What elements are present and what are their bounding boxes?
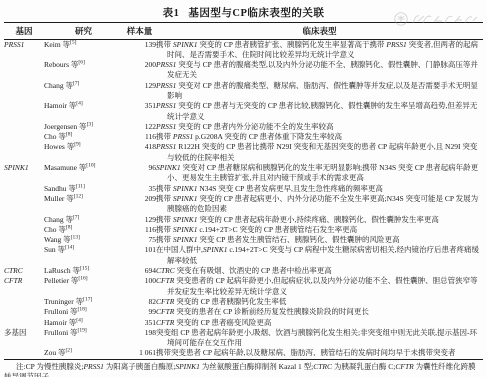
study-author: Hamoir 等 <box>44 318 76 327</box>
col-header-phenotype: 临床表型 <box>156 23 483 40</box>
phenotype-cell: 携带突变患者 CP 起病年龄,以及糖尿病、脂肪泻、胰管结石的发病时间均早于未携带… <box>156 348 483 359</box>
gene-cell <box>4 245 44 266</box>
sample-size-cell: 694 <box>123 266 156 276</box>
phenotype-text: PRSS1 突变与 CP 患者的腹痛类型,以及内外分泌功能不全、胰腺钙化、假性囊… <box>156 60 483 81</box>
table-row: SPINK1 Masamune 等[10] 96 SPINK1 突变对 CP 患… <box>4 163 483 184</box>
sample-size-cell: 198 <box>123 328 156 349</box>
gene-cell <box>4 225 44 235</box>
phenotype-cell: 携带 SPINK1 突变的 CP 患者胰管扩张、胰腺钙化发生率显著高于携带 PR… <box>156 39 483 60</box>
reference-superscript: [10] <box>86 163 95 169</box>
phenotype-cell: 携带 SPINK1 c.194+2T>C 突变的 CP 患者胰管结石发生率更高 <box>156 225 483 235</box>
gene-cell: SPINK1 <box>4 163 44 184</box>
sample-size-cell: 122 <box>123 122 156 132</box>
reference-superscript: [9] <box>74 142 80 148</box>
phenotype-text: 携带突变患者 CP 起病年龄,以及糖尿病、脂肪泻、胰管结石的发病时间均早于未携带… <box>156 348 483 358</box>
header-row: 基因 研究 样本量 临床表型 <box>4 23 483 40</box>
phenotype-text: 携带 SPINK1 突变的 CP 患者起病年龄更小,持续疼痛、胰腺钙化、假性囊肿… <box>156 215 483 225</box>
reference-superscript: [15] <box>80 266 89 272</box>
reference-superscript: [8] <box>66 132 72 138</box>
table-row: Zou 等[2] 1 061 携带突变患者 CP 起病年龄,以及糖尿病、脂肪泻、… <box>4 348 483 359</box>
study-author: Sandhu 等 <box>44 184 76 193</box>
phenotype-cell: 携带 SPINK1 N34S 突变 CP 患者发病更早,且发生急性疼痛的频率更高 <box>156 184 483 194</box>
study-author: Truninger 等 <box>44 297 83 306</box>
phenotype-cell: 携带 PRSS1 p.G208A 突变的 CP 患者体重下降发生率较高 <box>156 132 483 142</box>
reference-superscript: [17] <box>83 296 92 302</box>
gene-cell <box>4 318 44 328</box>
table-row: Muller 等[12] 209 携带 SPINK1 突变的 CP 患者起病更小… <box>4 194 483 215</box>
table-row: Wang 等[13] 75 携带 SPINK1 突变 CP 患者发生胰管结石、胰… <box>4 235 483 245</box>
reference-superscript: [7] <box>73 214 79 220</box>
table-number: 表1 <box>163 8 180 19</box>
sample-size-cell: 418 <box>123 142 156 163</box>
study-cell: Frulloni 等[18] <box>44 307 123 317</box>
study-author: Hamoir 等 <box>44 101 76 110</box>
phenotype-text: 携带 PRSS1 p.G208A 突变的 CP 患者体重下降发生率较高 <box>156 132 483 142</box>
sample-size-cell: 99 <box>123 307 156 317</box>
table-row: CTRC LaRusch 等[15] 694 CTRC 突变在有吸烟、饮酒史的 … <box>4 266 483 276</box>
gene-cell: PRSS1 <box>4 39 44 60</box>
table-row: CFTR Pelletier 等[16] 100 CFTR 突变患者的 CP 起… <box>4 276 483 297</box>
gene-cell <box>4 297 44 307</box>
paper-table-page: 表1基因型与CP临床表型的关联 基因 研究 样本量 临床表型 PRSS1 Kei… <box>0 0 487 373</box>
phenotype-cell: 突变组 CP 患者起病年龄更小,吸烟、饮酒与胰腺钙化发生相关;非突变组中则无此关… <box>156 328 483 349</box>
phenotype-cell: SPINK1 突变对 CP 患者糖尿病和胰腺钙化的发生率无明显影响;携带 N34… <box>156 163 483 184</box>
study-author: Masamune 等 <box>44 163 86 172</box>
sample-size-cell: 209 <box>123 194 156 215</box>
study-author: Pelletier 等 <box>44 276 78 285</box>
phenotype-text: PRSS1 突变对 CP 患者的腹痛类型、糖尿病、脂肪泻、假性囊肿等并发症,以及… <box>156 81 483 102</box>
sample-size-cell: 139 <box>123 39 156 60</box>
gene-cell <box>4 348 44 359</box>
phenotype-cell: PRSS1 突变的 CP 患者与无突变的 CP 患者比较,胰腺钙化、假性囊肿的发… <box>156 101 483 122</box>
sample-size-cell: 200 <box>123 60 156 81</box>
study-cell: Joergensen 等[3] <box>44 122 123 132</box>
study-cell: Chang 等[7] <box>44 81 123 102</box>
study-author: Rebours 等 <box>44 60 78 69</box>
gene-cell <box>4 194 44 215</box>
phenotype-cell: 携带 SPINK1 突变 CP 患者发生胰管结石、胰腺钙化、假性囊肿的风险更高 <box>156 235 483 245</box>
phenotype-cell: 携带 SPINK1 突变的 CP 患者起病年龄更小,持续疼痛、胰腺钙化、假性囊肿… <box>156 215 483 225</box>
phenotype-cell: CTRC 突变在有吸烟、饮酒史的 CP 患者中检出率更高 <box>156 266 483 276</box>
phenotype-text: PRSS1 突变的 CP 患者与无突变的 CP 患者比较,胰腺钙化、假性囊肿的发… <box>156 101 483 122</box>
gene-cell <box>4 142 44 163</box>
phenotype-cell: CFTR 突变患者的 CP 起病年龄更小,但起病症状,以及内外分泌功能不全、假性… <box>156 276 483 297</box>
sample-size-cell: 35 <box>123 184 156 194</box>
study-cell: Truninger 等[17] <box>44 297 123 307</box>
phenotype-cell: PRSS1 突变对 CP 患者的腹痛类型、糖尿病、脂肪泻、假性囊肿等并发症,以及… <box>156 81 483 102</box>
study-author: Sun 等 <box>44 245 65 254</box>
study-author: LaRusch 等 <box>44 266 80 275</box>
study-author: Frulloni 等 <box>44 328 78 337</box>
phenotype-text: 携带 SPINK1 N34S 突变 CP 患者发病更早,且发生急性疼痛的频率更高 <box>156 184 483 194</box>
phenotype-text: CFTR 突变的 CP 患者癌变风险更高 <box>156 318 483 328</box>
reference-superscript: [8] <box>66 224 72 230</box>
study-cell: Zou 等[2] <box>44 348 123 359</box>
phenotype-text: CFTR 突变的患者在 CP 诊断前经历复发性胰腺炎阶段的时间更长 <box>156 307 483 317</box>
table-body: PRSS1 Keim 等[5] 139 携带 SPINK1 突变的 CP 患者胰… <box>4 39 483 359</box>
sample-size-cell: 129 <box>123 215 156 225</box>
phenotype-text: 携带 SPINK1 突变 CP 患者发生胰管结石、胰腺钙化、假性囊肿的风险更高 <box>156 235 483 245</box>
phenotype-cell: PRSS1 突变与 CP 患者的腹痛类型,以及内外分泌功能不全、胰腺钙化、假性囊… <box>156 60 483 81</box>
reference-superscript: [7] <box>73 80 79 86</box>
table-row: Cho 等[8] 116 携带 SPINK1 c.194+2T>C 突变的 CP… <box>4 225 483 235</box>
table-row: Chang 等[7] 129 携带 SPINK1 突变的 CP 患者起病年龄更小… <box>4 215 483 225</box>
reference-superscript: [14] <box>65 245 74 251</box>
sample-size-cell: 100 <box>123 276 156 297</box>
study-author: Muller 等 <box>44 194 74 203</box>
reference-superscript: [18] <box>78 307 87 313</box>
col-header-sample-size: 样本量 <box>123 23 156 40</box>
table-row: Frulloni 等[18] 99 CFTR 突变的患者在 CP 诊断前经历复发… <box>4 307 483 317</box>
reference-superscript: [13] <box>71 235 80 241</box>
study-cell: Rebours 等[6] <box>44 60 123 81</box>
reference-superscript: [16] <box>78 276 87 282</box>
study-author: Keim 等 <box>44 40 70 49</box>
table-row: Truninger 等[17] 82 CFTR 突变的 CP 患者胰腺钙化发生率… <box>4 297 483 307</box>
table-row: Rebours 等[6] 200 PRSS1 突变与 CP 患者的腹痛类型,以及… <box>4 60 483 81</box>
phenotype-text: 在中国人群中,SPINK1 c.194+2T>C 突变与 CP 病程中发生糖尿病… <box>156 245 483 266</box>
study-cell: Pelletier 等[16] <box>44 276 123 297</box>
phenotype-cell: 携带 SPINK1 突变的 CP 患者起病更小、内外分泌功能不全发生率更高;N3… <box>156 194 483 215</box>
phenotype-text: 携带 SPINK1 突变的 CP 患者起病更小、内外分泌功能不全发生率更高;N3… <box>156 194 483 215</box>
gene-cell <box>4 132 44 142</box>
table-row: Joergensen 等[3] 122 PRSS1 突变的 CP 患者内外分泌功… <box>4 122 483 132</box>
phenotype-text: 突变组 CP 患者起病年龄更小,吸烟、饮酒与胰腺钙化发生相关;非突变组中则无此关… <box>156 328 483 349</box>
phenotype-text: 携带 SPINK1 c.194+2T>C 突变的 CP 患者胰管结石发生率更高 <box>156 225 483 235</box>
study-author: Cho 等 <box>44 132 66 141</box>
sample-size-cell: 1 061 <box>123 348 156 359</box>
sample-size-cell: 75 <box>123 235 156 245</box>
phenotype-cell: PRSS1 R122H 突变的 CP 患者比携带 N29I 突变和无基因突变的患… <box>156 142 483 163</box>
study-cell: Keim 等[5] <box>44 39 123 60</box>
phenotype-text: PRSS1 突变的 CP 患者内外分泌功能不全的发生率较高 <box>156 122 483 132</box>
phenotype-text: PRSS1 R122H 突变的 CP 患者比携带 N29I 突变和无基因突变的患… <box>156 142 483 163</box>
study-cell: Muller 等[12] <box>44 194 123 215</box>
study-author: Joergensen 等 <box>44 122 87 131</box>
study-cell: Frulloni 等[19] <box>44 328 123 349</box>
table-row: 多基因 Frulloni 等[19] 198 突变组 CP 患者起病年龄更小,吸… <box>4 328 483 349</box>
reference-superscript: [6] <box>78 60 84 66</box>
study-author: Chang 等 <box>44 81 73 90</box>
table-title-text: 基因型与CP临床表型的关联 <box>188 8 324 19</box>
table-row: Sun 等[14] 101 在中国人群中,SPINK1 c.194+2T>C 突… <box>4 245 483 266</box>
table-row: Hamoir 等[4] 351 PRSS1 突变的 CP 患者与无突变的 CP … <box>4 101 483 122</box>
sample-size-cell: 101 <box>123 245 156 266</box>
study-cell: LaRusch 等[15] <box>44 266 123 276</box>
study-cell: Cho 等[8] <box>44 225 123 235</box>
study-cell: Howes 等[9] <box>44 142 123 163</box>
col-header-study: 研究 <box>44 23 123 40</box>
reference-superscript: [4] <box>76 317 82 323</box>
gene-cell <box>4 215 44 225</box>
table-row: Chang 等[7] 129 PRSS1 突变对 CP 患者的腹痛类型、糖尿病、… <box>4 81 483 102</box>
table-row: Cho 等[8] 116 携带 PRSS1 p.G208A 突变的 CP 患者体… <box>4 132 483 142</box>
sample-size-cell: 96 <box>123 163 156 184</box>
reference-superscript: [11] <box>76 183 85 189</box>
gene-cell <box>4 122 44 132</box>
gene-cell <box>4 60 44 81</box>
col-header-gene: 基因 <box>4 23 44 40</box>
table-row: Hamoir 等[4] 351 CFTR 突变的 CP 患者癌变风险更高 <box>4 318 483 328</box>
phenotype-cell: PRSS1 突变的 CP 患者内外分泌功能不全的发生率较高 <box>156 122 483 132</box>
phenotype-cell: 在中国人群中,SPINK1 c.194+2T>C 突变与 CP 病程中发生糖尿病… <box>156 245 483 266</box>
sample-size-cell: 351 <box>123 318 156 328</box>
sample-size-cell: 116 <box>123 225 156 235</box>
study-cell: Chang 等[7] <box>44 215 123 225</box>
gene-cell <box>4 101 44 122</box>
phenotype-cell: CFTR 突变的 CP 患者癌变风险更高 <box>156 318 483 328</box>
study-author: Howes 等 <box>44 142 74 151</box>
study-author: Wang 等 <box>44 235 71 244</box>
reference-superscript: [19] <box>78 327 87 333</box>
reference-superscript: [12] <box>74 193 83 199</box>
sample-size-cell: 116 <box>123 132 156 142</box>
study-author: Zou 等 <box>44 348 65 357</box>
study-cell: Cho 等[8] <box>44 132 123 142</box>
study-cell: Masamune 等[10] <box>44 163 123 184</box>
sample-size-cell: 82 <box>123 297 156 307</box>
phenotype-text: CFTR 突变的 CP 患者胰腺钙化发生率低 <box>156 297 483 307</box>
gene-cell: CFTR <box>4 276 44 297</box>
study-cell: Wang 等[13] <box>44 235 123 245</box>
reference-superscript: [4] <box>76 101 82 107</box>
gene-cell <box>4 81 44 102</box>
gene-cell <box>4 235 44 245</box>
sample-size-cell: 351 <box>123 101 156 122</box>
reference-superscript: [3] <box>87 121 93 127</box>
gene-cell: 多基因 <box>4 328 44 349</box>
sample-size-cell: 129 <box>123 81 156 102</box>
reference-superscript: [2] <box>65 348 71 354</box>
table-footnote: 注:CP 为慢性胰腺炎;PRSS1 为阳离子胰蛋白酶原;SPINK1 为丝氨酸蛋… <box>4 362 483 377</box>
phenotype-text: CTRC 突变在有吸烟、饮酒史的 CP 患者中检出率更高 <box>156 266 483 276</box>
table-row: Howes 等[9] 418 PRSS1 R122H 突变的 CP 患者比携带 … <box>4 142 483 163</box>
phenotype-text: 携带 SPINK1 突变的 CP 患者胰管扩张、胰腺钙化发生率显著高于携带 PR… <box>156 40 483 61</box>
study-cell: Sandhu 等[11] <box>44 184 123 194</box>
study-author: Cho 等 <box>44 225 66 234</box>
study-cell: Hamoir 等[4] <box>44 101 123 122</box>
phenotype-cell: CFTR 突变的患者在 CP 诊断前经历复发性胰腺炎阶段的时间更长 <box>156 307 483 317</box>
reference-superscript: [5] <box>70 39 76 45</box>
genotype-phenotype-table: 基因 研究 样本量 临床表型 PRSS1 Keim 等[5] 139 携带 SP… <box>4 22 483 360</box>
study-author: Chang 等 <box>44 215 73 224</box>
gene-cell <box>4 307 44 317</box>
gene-cell: CTRC <box>4 266 44 276</box>
gene-cell <box>4 184 44 194</box>
phenotype-text: SPINK1 突变对 CP 患者糖尿病和胰腺钙化的发生率无明显影响;携带 N34… <box>156 163 483 184</box>
phenotype-cell: CFTR 突变的 CP 患者胰腺钙化发生率低 <box>156 297 483 307</box>
table-title: 表1基因型与CP临床表型的关联 <box>4 0 483 21</box>
study-author: Frulloni 等 <box>44 307 78 316</box>
study-cell: Sun 等[14] <box>44 245 123 266</box>
table-row: PRSS1 Keim 等[5] 139 携带 SPINK1 突变的 CP 患者胰… <box>4 39 483 60</box>
phenotype-text: CFTR 突变患者的 CP 起病年龄更小,但起病症状,以及内外分泌功能不全、假性… <box>156 276 483 297</box>
